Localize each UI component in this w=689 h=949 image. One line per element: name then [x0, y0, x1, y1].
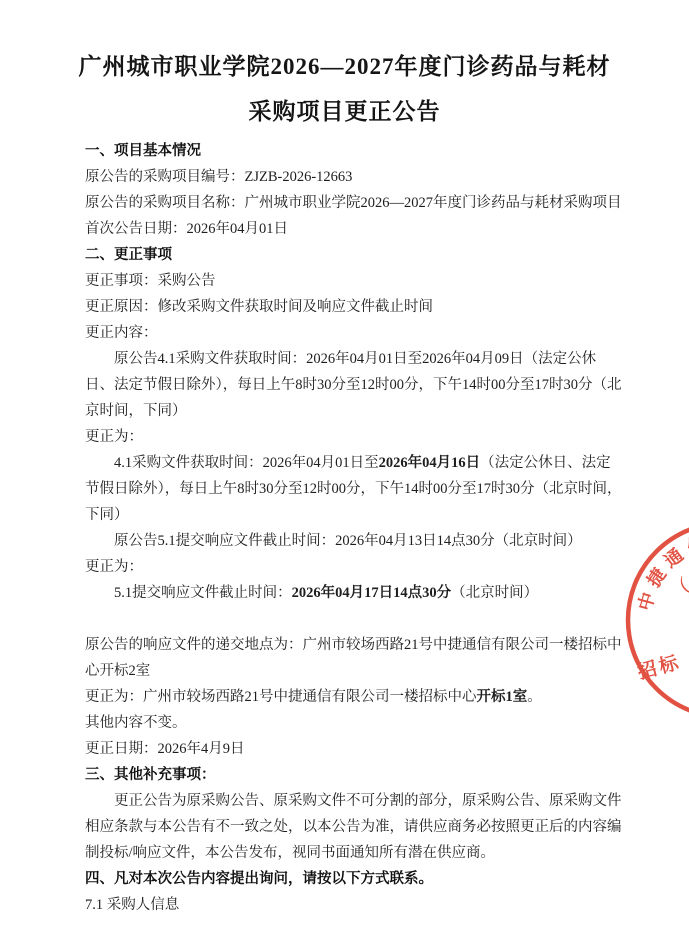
paragraph: 原公告的响应文件的递交地点为：广州市较场西路21号中捷通信有限公司一楼招标中心开… [85, 632, 625, 684]
stamp-arc-text: 中捷通信 [634, 530, 689, 613]
paragraph: 4.1采购文件获取时间：2026年04月01日至2026年04月16日（法定公休… [85, 450, 625, 528]
text-segment: 更正为： [85, 559, 143, 575]
stamp-ring [628, 523, 689, 717]
text-segment: 更正公告为原采购公告、原采购文件不可分割的部分，原采购公告、原采购文件相应条款与… [85, 793, 622, 861]
paragraph: 其他内容不变。 [85, 710, 625, 736]
text-segment: 首次公告日期：2026年04月01日 [85, 221, 288, 237]
paragraph: 更正为： [85, 554, 625, 580]
stamp-label: 招标 [635, 650, 683, 684]
paragraph: 更正原因：修改采购文件获取时间及响应文件截止时间 [85, 294, 625, 320]
document-title: 广州城市职业学院2026—2027年度门诊药品与耗材 采购项目更正公告 [0, 0, 689, 134]
text-segment: 原公告5.1提交响应文件截止时间：2026年04月13日14点30分（北京时间） [114, 533, 582, 549]
document-body: 一、项目基本情况原公告的采购项目编号：ZJZB-2026-12663原公告的采购… [85, 138, 625, 918]
text-segment: 原公告的响应文件的递交地点为：广州市较场西路21号中捷通信有限公司一楼招标中心开… [85, 637, 622, 679]
text-segment: 更正为：广州市较场西路21号中捷通信有限公司一楼招标中心 [85, 689, 477, 705]
text-segment: 更正为： [85, 429, 143, 445]
text-segment: 原公告的采购项目编号：ZJZB-2026-12663 [85, 169, 352, 185]
paragraph: 更正为：广州市较场西路21号中捷通信有限公司一楼招标中心开标1室。 [85, 684, 625, 710]
text-segment: 原公告4.1采购文件获取时间：2026年04月01日至2026年04月09日（法… [85, 351, 622, 419]
paragraph: 原公告4.1采购文件获取时间：2026年04月01日至2026年04月09日（法… [85, 346, 625, 424]
text-segment: 2026年04月16日 [379, 455, 481, 471]
text-segment: 5.1提交响应文件截止时间： [114, 585, 292, 601]
paragraph: 更正公告为原采购公告、原采购文件不可分割的部分，原采购公告、原采购文件相应条款与… [85, 788, 625, 866]
paragraph: 更正事项：采购公告 [85, 268, 625, 294]
section-heading: 一、项目基本情况 [85, 138, 625, 164]
text-segment: （北京时间） [451, 585, 538, 601]
paragraph: 更正内容： [85, 320, 625, 346]
paragraph: 更正日期：2026年4月9日 [85, 736, 625, 762]
text-segment: 更正事项：采购公告 [85, 273, 216, 289]
text-segment: 更正原因：修改采购文件获取时间及响应文件截止时间 [85, 299, 433, 315]
paragraph: 5.1提交响应文件截止时间：2026年04月17日14点30分（北京时间） [85, 580, 625, 606]
section-heading: 二、更正事项 [85, 242, 625, 268]
text-segment: 其他内容不变。 [85, 715, 187, 731]
text-segment: 更正内容： [85, 325, 158, 341]
text-segment: 更正日期：2026年4月9日 [85, 741, 245, 757]
text-segment: 4.1采购文件获取时间：2026年04月01日至 [114, 455, 379, 471]
document-page: 广州城市职业学院2026—2027年度门诊药品与耗材 采购项目更正公告 一、项目… [0, 0, 689, 949]
text-segment: 一、项目基本情况 [85, 143, 201, 159]
paragraph: 原公告的采购项目名称：广州城市职业学院2026—2027年度门诊药品与耗材采购项… [85, 190, 625, 216]
paragraph: 首次公告日期：2026年04月01日 [85, 216, 625, 242]
paragraph: 7.1 采购人信息 [85, 892, 625, 918]
text-segment: 三、其他补充事项： [85, 767, 216, 783]
section-heading: 四、凡对本次公告内容提出询问，请按以下方式联系。 [85, 866, 625, 892]
text-segment: 2026年04月17日14点30分 [292, 585, 452, 601]
title-line-2: 采购项目更正公告 [0, 89, 689, 134]
paragraph: 原公告的采购项目编号：ZJZB-2026-12663 [85, 164, 625, 190]
paragraph: 更正为： [85, 424, 625, 450]
text-segment: 四、凡对本次公告内容提出询问，请按以下方式联系。 [85, 871, 433, 887]
text-segment: 开标1室 [477, 689, 528, 705]
paragraph: 原公告5.1提交响应文件截止时间：2026年04月13日14点30分（北京时间） [85, 528, 625, 554]
text-segment: 二、更正事项 [85, 247, 172, 263]
stamp-paren: （ [665, 575, 689, 610]
text-segment: 原公告的采购项目名称：广州城市职业学院2026—2027年度门诊药品与耗材采购项… [85, 195, 622, 211]
title-line-1: 广州城市职业学院2026—2027年度门诊药品与耗材 [0, 44, 689, 89]
text-segment: 。 [527, 689, 542, 705]
text-segment: 7.1 采购人信息 [85, 897, 179, 913]
section-heading: 三、其他补充事项： [85, 762, 625, 788]
